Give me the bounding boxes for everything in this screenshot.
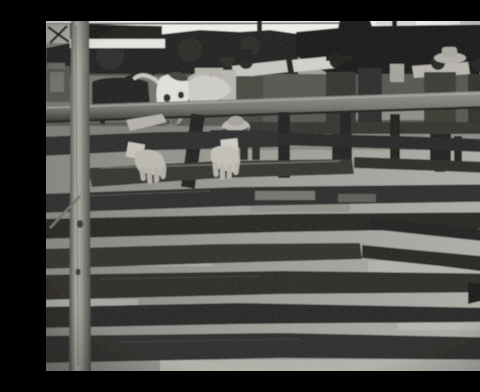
video-frame — [40, 16, 480, 376]
film-still — [40, 16, 480, 376]
film-grain — [40, 16, 480, 376]
